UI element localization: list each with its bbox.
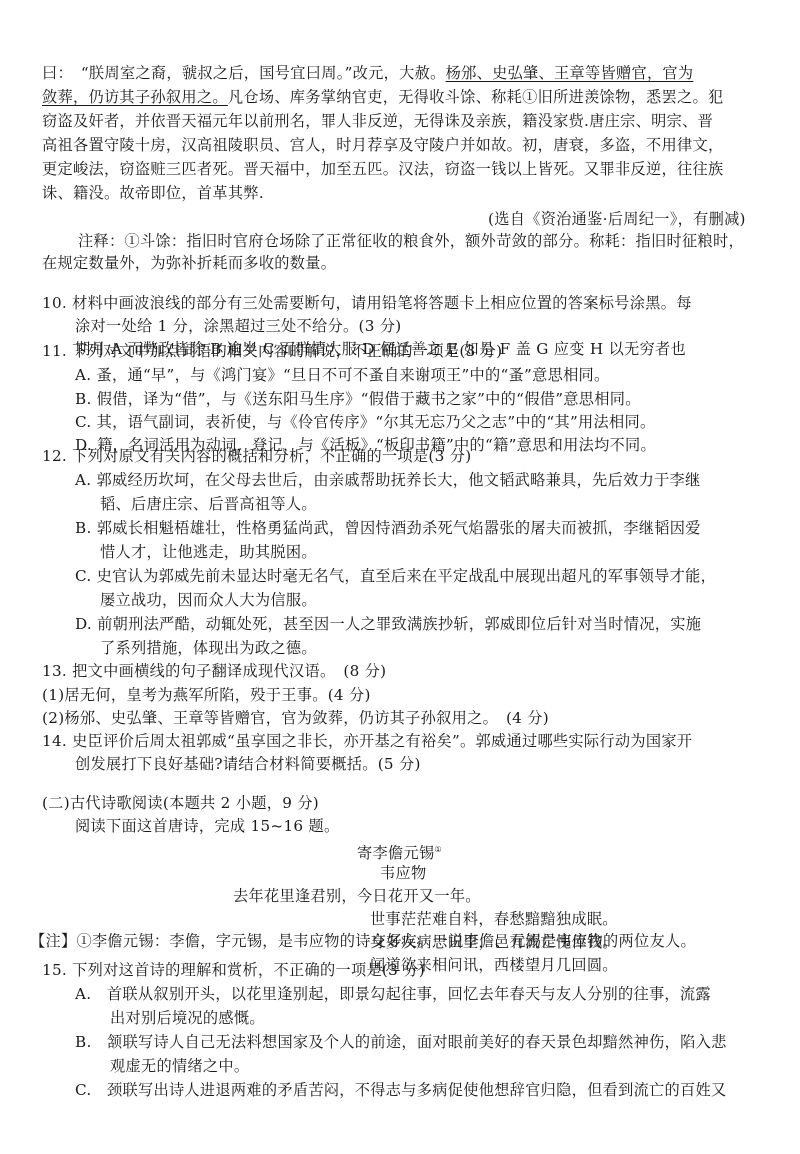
poem-line: 去年花里逢君别，今日花开又一年。 — [233, 886, 481, 906]
passage-line: 高祖各置守陵十房，汉高祖陵职员、宫人，时月荐享及守陵户并如故。初，唐衰，多盗，不… — [42, 135, 723, 155]
option-b: B. 假借，译为“借”，与《送东阳马生序》“假借于藏书之家”中的“假借”意思相同… — [75, 389, 641, 409]
option-c-cont: 屡立战功，因而众人大为信服。 — [100, 590, 317, 610]
question-stem: 15. 下列对这首诗的理解和赏析，不正确的一项是(3 分) — [42, 960, 425, 980]
sub-question: (2)杨邠、史弘肇、王章等皆赠官，官为敛葬，仍访其子孙叙用之。 (4 分) — [42, 708, 549, 728]
passage-source: (选自《资治通鉴·后周纪一》，有删减) — [488, 209, 746, 229]
option-c: C. 史官认为郭威先前未显达时毫无名气，直至后来在平定战乱中展现出超凡的军事领导… — [75, 566, 716, 586]
question-stem: 10. 材料中画波浪线的部分有三处需要断句，请用铅笔将答题卡上相应位置的答案标号… — [42, 293, 692, 313]
option-b-cont: 观虚无的情绪之中。 — [110, 1056, 249, 1076]
sub-question: (1)居无何，皇考为燕军所陷，殁于王事。(4 分) — [42, 685, 371, 705]
poem-title: 寄李儋元锡① — [357, 840, 442, 863]
option-a-cont: 出对别后境况的感慨。 — [110, 1008, 265, 1028]
underlined-sentence: 敛葬，仍访其子孙叙用之。 — [42, 88, 228, 106]
option-c: C. 颈联写出诗人进退两难的矛盾苦闷，不得志与多病促使他想辞官归隐，但看到流亡的… — [75, 1080, 727, 1100]
option-d-cont: 了系列措施，体现出为政之德。 — [100, 638, 317, 658]
passage-line: 窃盗及奸者，并依晋天福元年以前刑名，罪人非反逆，无得诛及亲族，籍没家赀.唐庄宗、… — [42, 111, 713, 131]
poem-line: 世事茫茫难自料，春愁黯黯独成眠。 — [370, 909, 618, 929]
passage-line: 曰： “朕周室之裔，虢叔之后，国号宜曰周。”改元，大赦。杨邠、史弘肇、王章等皆赠… — [42, 63, 693, 83]
option-b: B. 颔联写诗人自己无法料想国家及个人的前途，面对眼前美好的春天景色却黯然神伤，… — [75, 1032, 727, 1052]
poem-author: 韦应物 — [380, 863, 426, 883]
option-b-cont: 惜人才，让他逃走，助其脱困。 — [100, 542, 317, 562]
passage-line: 诛、籍没。故帝即位，首革其弊. — [42, 183, 264, 203]
option-b: B. 郭威长相魁梧雄壮，性格勇猛尚武，曾因恃酒劲杀死气焰嚣张的屠夫而被抓，李继韬… — [75, 518, 701, 538]
passage-note: 注释：①斗馀：指旧时官府仓场除了正常征收的粮食外，额外苛敛的部分。称耗：指旧时征… — [78, 231, 744, 251]
question-stem: 涂对一处给 1 分，涂黑超过三处不给分。(3 分) — [75, 316, 402, 336]
passage-line: 更定峻法，窃盗赃三匹者死。晋天福中，加至五匹。汉法，窃盗一钱以上皆死。又罪非反逆… — [42, 159, 723, 179]
question-stem-cont: 创发展打下良好基础?请结合材料简要概括。(5 分) — [75, 754, 421, 774]
question-stem: 13. 把文中画横线的句子翻译成现代汉语。 (8 分) — [42, 661, 386, 681]
section-instruction: 阅读下面这首唐诗，完成 15~16 题。 — [75, 816, 339, 836]
question-stem: 12. 下列对原文有关内容的概括和分析，不正确的一项是(3 分) — [42, 446, 471, 466]
passage-note: 在规定数量外，为弥补折耗而多收的数量。 — [42, 253, 336, 273]
option-c: C. 其，语气副词，表祈使，与《伶官传序》“尔其无忘乃父之志”中的“其”用法相同… — [75, 412, 655, 432]
section-heading: (二)古代诗歌阅读(本题共 2 小题，9 分) — [42, 793, 319, 813]
option-d: D. 前朝刑法严酷，动辄处死，甚至因一人之罪致满族抄斩，郭威即位后针对当时情况，… — [75, 614, 701, 634]
option-a: A. 郭威经历坎坷，在父母去世后，由亲戚帮助抚养长大，他文韬武略兼具，先后效力于… — [75, 470, 701, 490]
option-a: A. 蚤，通“早”，与《鸿门宴》“旦日不可不蚤自来谢项王”中的“蚤”意思相同。 — [75, 365, 610, 385]
poem-note: 【注】①李儋元锡：李儋，字元锡，是韦应物的诗交好友。一说李儋、元锡是韦应物的两位… — [30, 931, 696, 951]
passage-line: 敛葬，仍访其子孙叙用之。凡仓场、库务掌纳官吏，无得收斗馀、称耗①旧所进羡馀物，悉… — [42, 87, 723, 107]
underlined-sentence: 杨邠、史弘肇、王章等皆赠官，官为 — [446, 64, 694, 82]
option-a: A. 首联从叙别开头，以花里逢别起，即景勾起往事，回忆去年春天与友人分别的往事，… — [75, 984, 711, 1004]
question-stem: 11. 下列对文中加点词语的相关内容的解说，不正确的一项是(3 分) — [42, 341, 502, 361]
option-a-cont: 韬、后唐庄宗、后晋高祖等人。 — [100, 494, 317, 514]
question-stem: 14. 史臣评价后周太祖郭威“虽享国之非长，亦开基之有裕矣”。郭威通过哪些实际行… — [42, 731, 692, 751]
footnote-mark: ① — [434, 845, 441, 854]
